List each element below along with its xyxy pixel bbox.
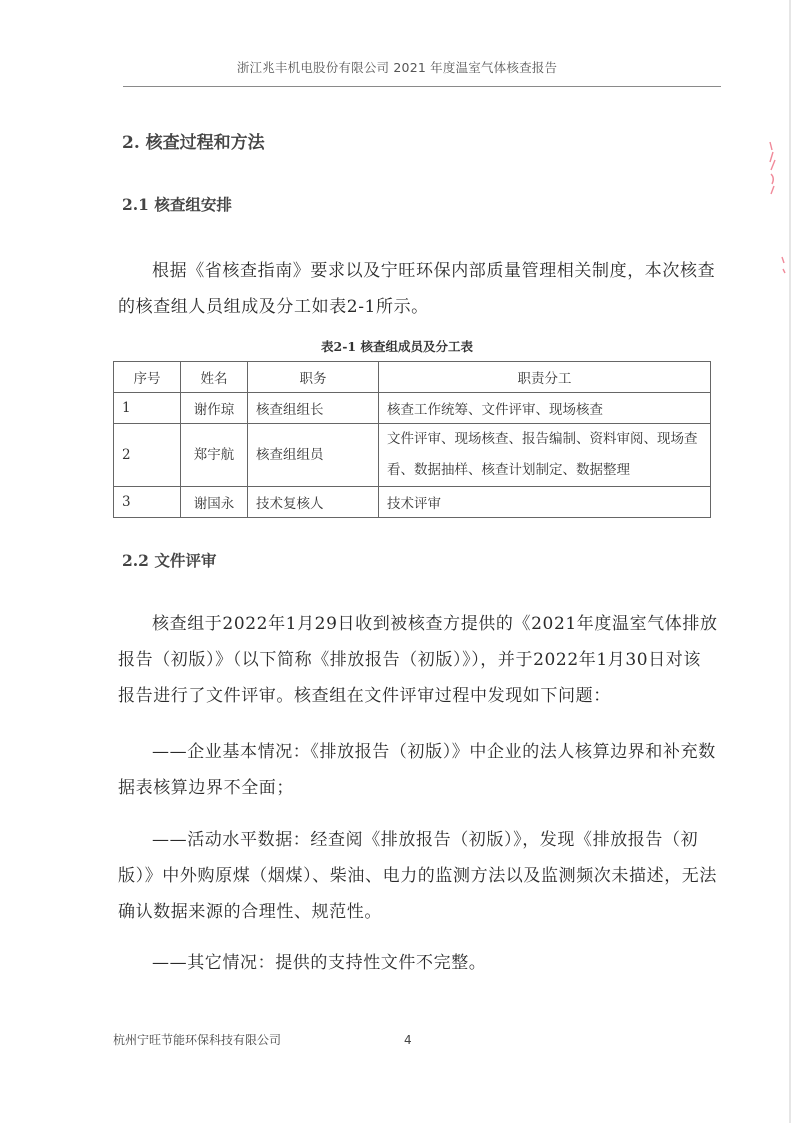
paragraph-team-arrangement: 根据《省核查指南》要求以及宁旺环保内部质量管理相关制度，本次核查的核查组人员组成… [118,253,718,325]
cell-role: 技术复核人 [248,487,379,518]
paragraph-document-review: 核查组于2022年1月29日收到被核查方提供的《2021年度温室气体排放报告（初… [118,606,718,714]
header-cell-duties: 职责分工 [379,362,711,393]
cell-duties: 技术评审 [379,487,711,518]
table-header-row: 序号 姓名 职务 职责分工 [114,362,711,393]
page-number: 4 [404,1033,412,1047]
cell-name: 谢国永 [181,487,248,518]
cell-no: 1 [114,393,181,424]
cell-name: 郑宇航 [181,424,248,487]
issue-activity-data: ——活动水平数据：经查阅《排放报告（初版）》，发现《排放报告（初版）》中外购原煤… [118,822,718,930]
page-edge-shadow [789,0,791,1123]
header-cell-name: 姓名 [181,362,248,393]
section-heading: 2. 核查过程和方法 [122,128,265,153]
footer-company-name: 杭州宁旺节能环保科技有限公司 [113,1031,281,1048]
cell-role: 核查组组长 [248,393,379,424]
cell-no: 3 [114,487,181,518]
running-header-title: 浙江兆丰机电股份有限公司 2021 年度温室气体核查报告 [0,58,794,76]
header-cell-role: 职务 [248,362,379,393]
issue-other: ——其它情况：提供的支持性文件不完整。 [118,945,718,981]
cell-role: 核查组组员 [248,424,379,487]
seal-stamp-fragment-icon [780,255,788,277]
team-roster-table: 序号 姓名 职务 职责分工 1 谢作琼 核查组组长 核查工作统筹、文件评审、现场… [113,361,711,518]
cell-duties: 核查工作统筹、文件评审、现场核查 [379,393,711,424]
subsection-heading-2-2: 2.2 文件评审 [122,549,216,571]
table-caption: 表2-1 核查组成员及分工表 [0,337,794,355]
cell-name: 谢作琼 [181,393,248,424]
header-cell-no: 序号 [114,362,181,393]
table-row: 1 谢作琼 核查组组长 核查工作统筹、文件评审、现场核查 [114,393,711,424]
cell-no: 2 [114,424,181,487]
header-divider [123,86,721,87]
table-row: 3 谢国永 技术复核人 技术评审 [114,487,711,518]
seal-stamp-fragment-icon [767,140,781,200]
cell-duties: 文件评审、现场核查、报告编制、资料审阅、现场查看、数据抽样、核查计划制定、数据整… [379,424,711,487]
table-row: 2 郑宇航 核查组组员 文件评审、现场核查、报告编制、资料审阅、现场查看、数据抽… [114,424,711,487]
issue-basic-info: ——企业基本情况：《排放报告（初版）》中企业的法人核算边界和补充数据表核算边界不… [118,734,718,806]
subsection-heading-2-1: 2.1 核查组安排 [122,193,232,215]
